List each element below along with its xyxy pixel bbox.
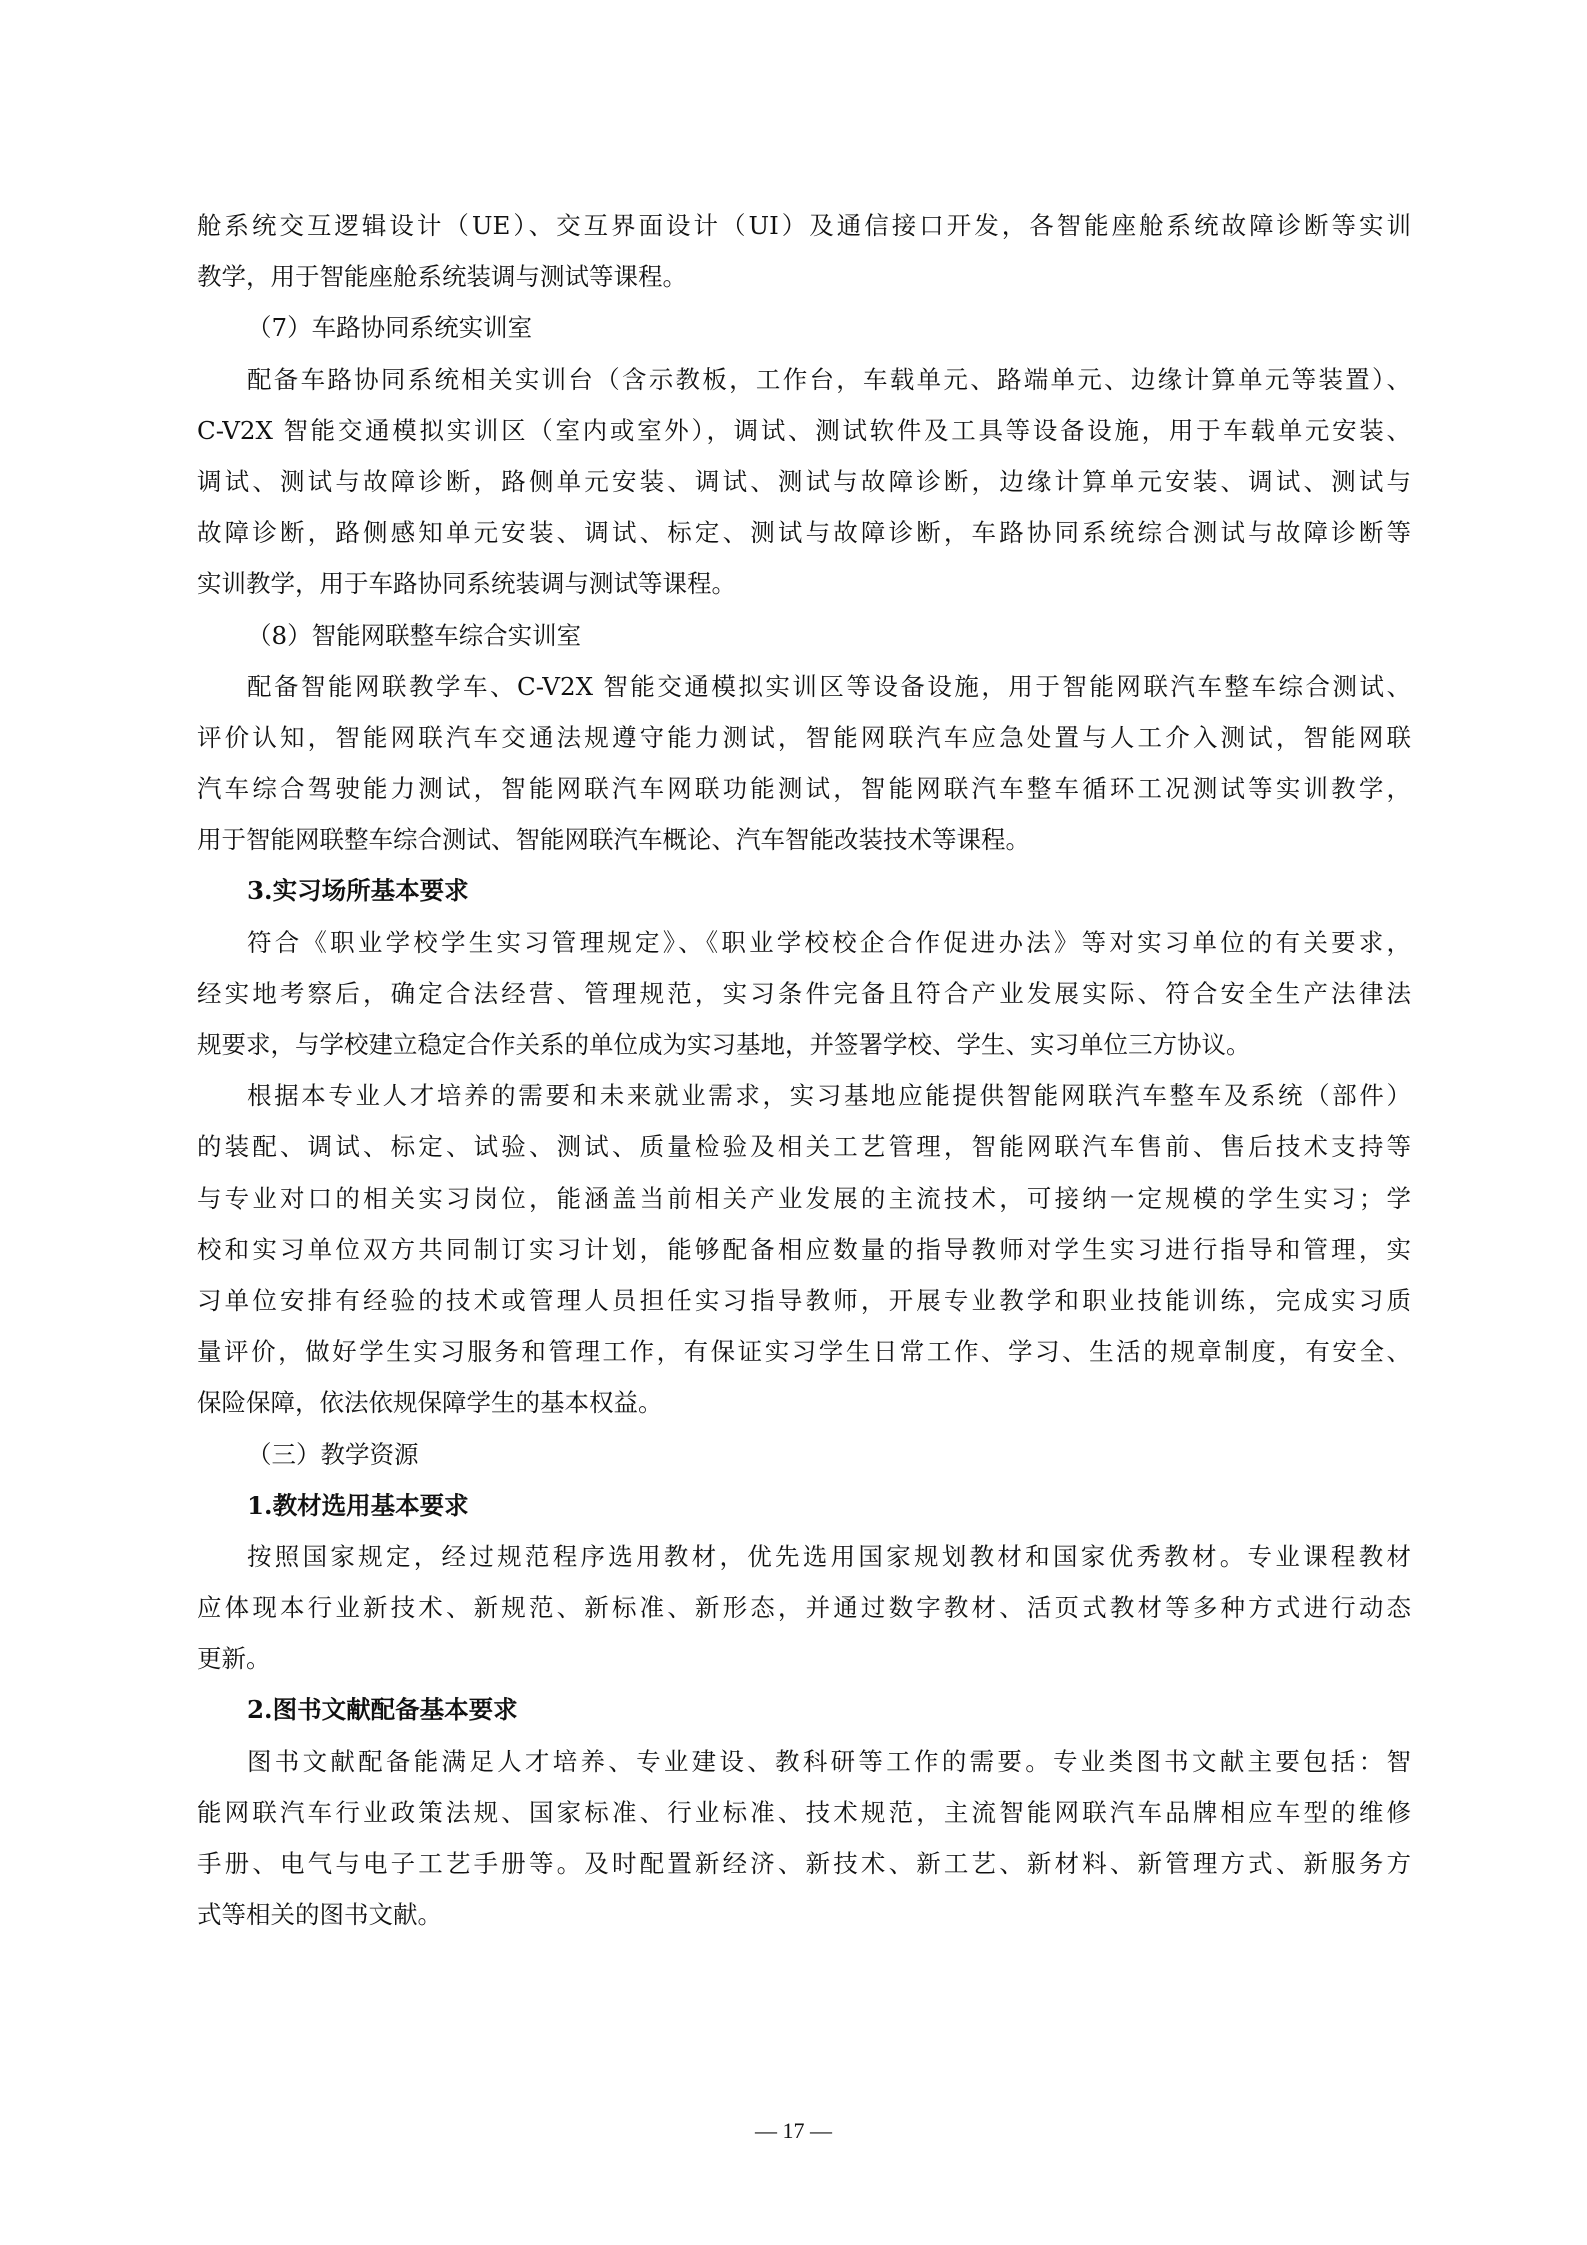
body-line: 教学，用于智能座舱系统装调与测试等课程。 [197, 251, 1411, 302]
body-line: 应体现本行业新技术、新规范、新标准、新形态，并通过数字教材、活页式教材等多种方式… [197, 1582, 1411, 1633]
heading-textbook-requirements: 1.教材选用基本要求 [197, 1480, 1411, 1531]
body-line: 习单位安排有经验的技术或管理人员担任实习指导教师，开展专业教学和职业技能训练，完… [197, 1275, 1411, 1326]
body-line: 故障诊断，路侧感知单元安装、调试、标定、测试与故障诊断，车路协同系统综合测试与故… [197, 507, 1411, 558]
body-line: 配备智能网联教学车、C-V2X 智能交通模拟实训区等设备设施，用于智能网联汽车整… [197, 661, 1411, 712]
body-line: 校和实习单位双方共同制订实习计划，能够配备相应数量的指导教师对学生实习进行指导和… [197, 1224, 1411, 1275]
body-line: 实训教学，用于车路协同系统装调与测试等课程。 [197, 558, 1411, 609]
body-line: 规要求，与学校建立稳定合作关系的单位成为实习基地，并签署学校、学生、实习单位三方… [197, 1019, 1411, 1070]
body-line: 的装配、调试、标定、试验、测试、质量检验及相关工艺管理，智能网联汽车售前、售后技… [197, 1121, 1411, 1172]
subheading-vehicle-road-lab: （7）车路协同系统实训室 [197, 302, 1411, 353]
body-line: 更新。 [197, 1633, 1411, 1684]
body-line: 量评价，做好学生实习服务和管理工作，有保证实习学生日常工作、学习、生活的规章制度… [197, 1326, 1411, 1377]
subheading-vehicle-integration-lab: （8）智能网联整车综合实训室 [197, 610, 1411, 661]
body-line: 式等相关的图书文献。 [197, 1889, 1411, 1940]
page-number: — 17 — [0, 2118, 1587, 2144]
body-line: 保险保障，依法依规保障学生的基本权益。 [197, 1377, 1411, 1428]
body-line: 汽车综合驾驶能力测试，智能网联汽车网联功能测试，智能网联汽车整车循环工况测试等实… [197, 763, 1411, 814]
document-body: 舱系统交互逻辑设计（UE）、交互界面设计（UI）及通信接口开发，各智能座舱系统故… [197, 200, 1411, 1940]
body-line: C-V2X 智能交通模拟实训区（室内或室外），调试、测试软件及工具等设备设施，用… [197, 405, 1411, 456]
body-line: 按照国家规定，经过规范程序选用教材，优先选用国家规划教材和国家优秀教材。专业课程… [197, 1531, 1411, 1582]
body-line: 与专业对口的相关实习岗位，能涵盖当前相关产业发展的主流技术，可接纳一定规模的学生… [197, 1173, 1411, 1224]
body-line: 符合《职业学校学生实习管理规定》、《职业学校校企合作促进办法》等对实习单位的有关… [197, 917, 1411, 968]
body-line: 能网联汽车行业政策法规、国家标准、行业标准、技术规范，主流智能网联汽车品牌相应车… [197, 1787, 1411, 1838]
body-line: 根据本专业人才培养的需要和未来就业需求，实习基地应能提供智能网联汽车整车及系统（… [197, 1070, 1411, 1121]
body-line: 评价认知，智能网联汽车交通法规遵守能力测试，智能网联汽车应急处置与人工介入测试，… [197, 712, 1411, 763]
body-line: 图书文献配备能满足人才培养、专业建设、教科研等工作的需要。专业类图书文献主要包括… [197, 1736, 1411, 1787]
body-line: 配备车路协同系统相关实训台（含示教板，工作台，车载单元、路端单元、边缘计算单元等… [197, 354, 1411, 405]
body-line: 用于智能网联整车综合测试、智能网联汽车概论、汽车智能改装技术等课程。 [197, 814, 1411, 865]
body-line: 经实地考察后，确定合法经营、管理规范，实习条件完备且符合产业发展实际、符合安全生… [197, 968, 1411, 1019]
subheading-teaching-resources: （三）教学资源 [197, 1429, 1411, 1480]
heading-library-requirements: 2.图书文献配备基本要求 [197, 1684, 1411, 1735]
body-line: 舱系统交互逻辑设计（UE）、交互界面设计（UI）及通信接口开发，各智能座舱系统故… [197, 200, 1411, 251]
heading-internship-requirements: 3.实习场所基本要求 [197, 865, 1411, 916]
body-line: 调试、测试与故障诊断，路侧单元安装、调试、测试与故障诊断，边缘计算单元安装、调试… [197, 456, 1411, 507]
body-line: 手册、电气与电子工艺手册等。及时配置新经济、新技术、新工艺、新材料、新管理方式、… [197, 1838, 1411, 1889]
